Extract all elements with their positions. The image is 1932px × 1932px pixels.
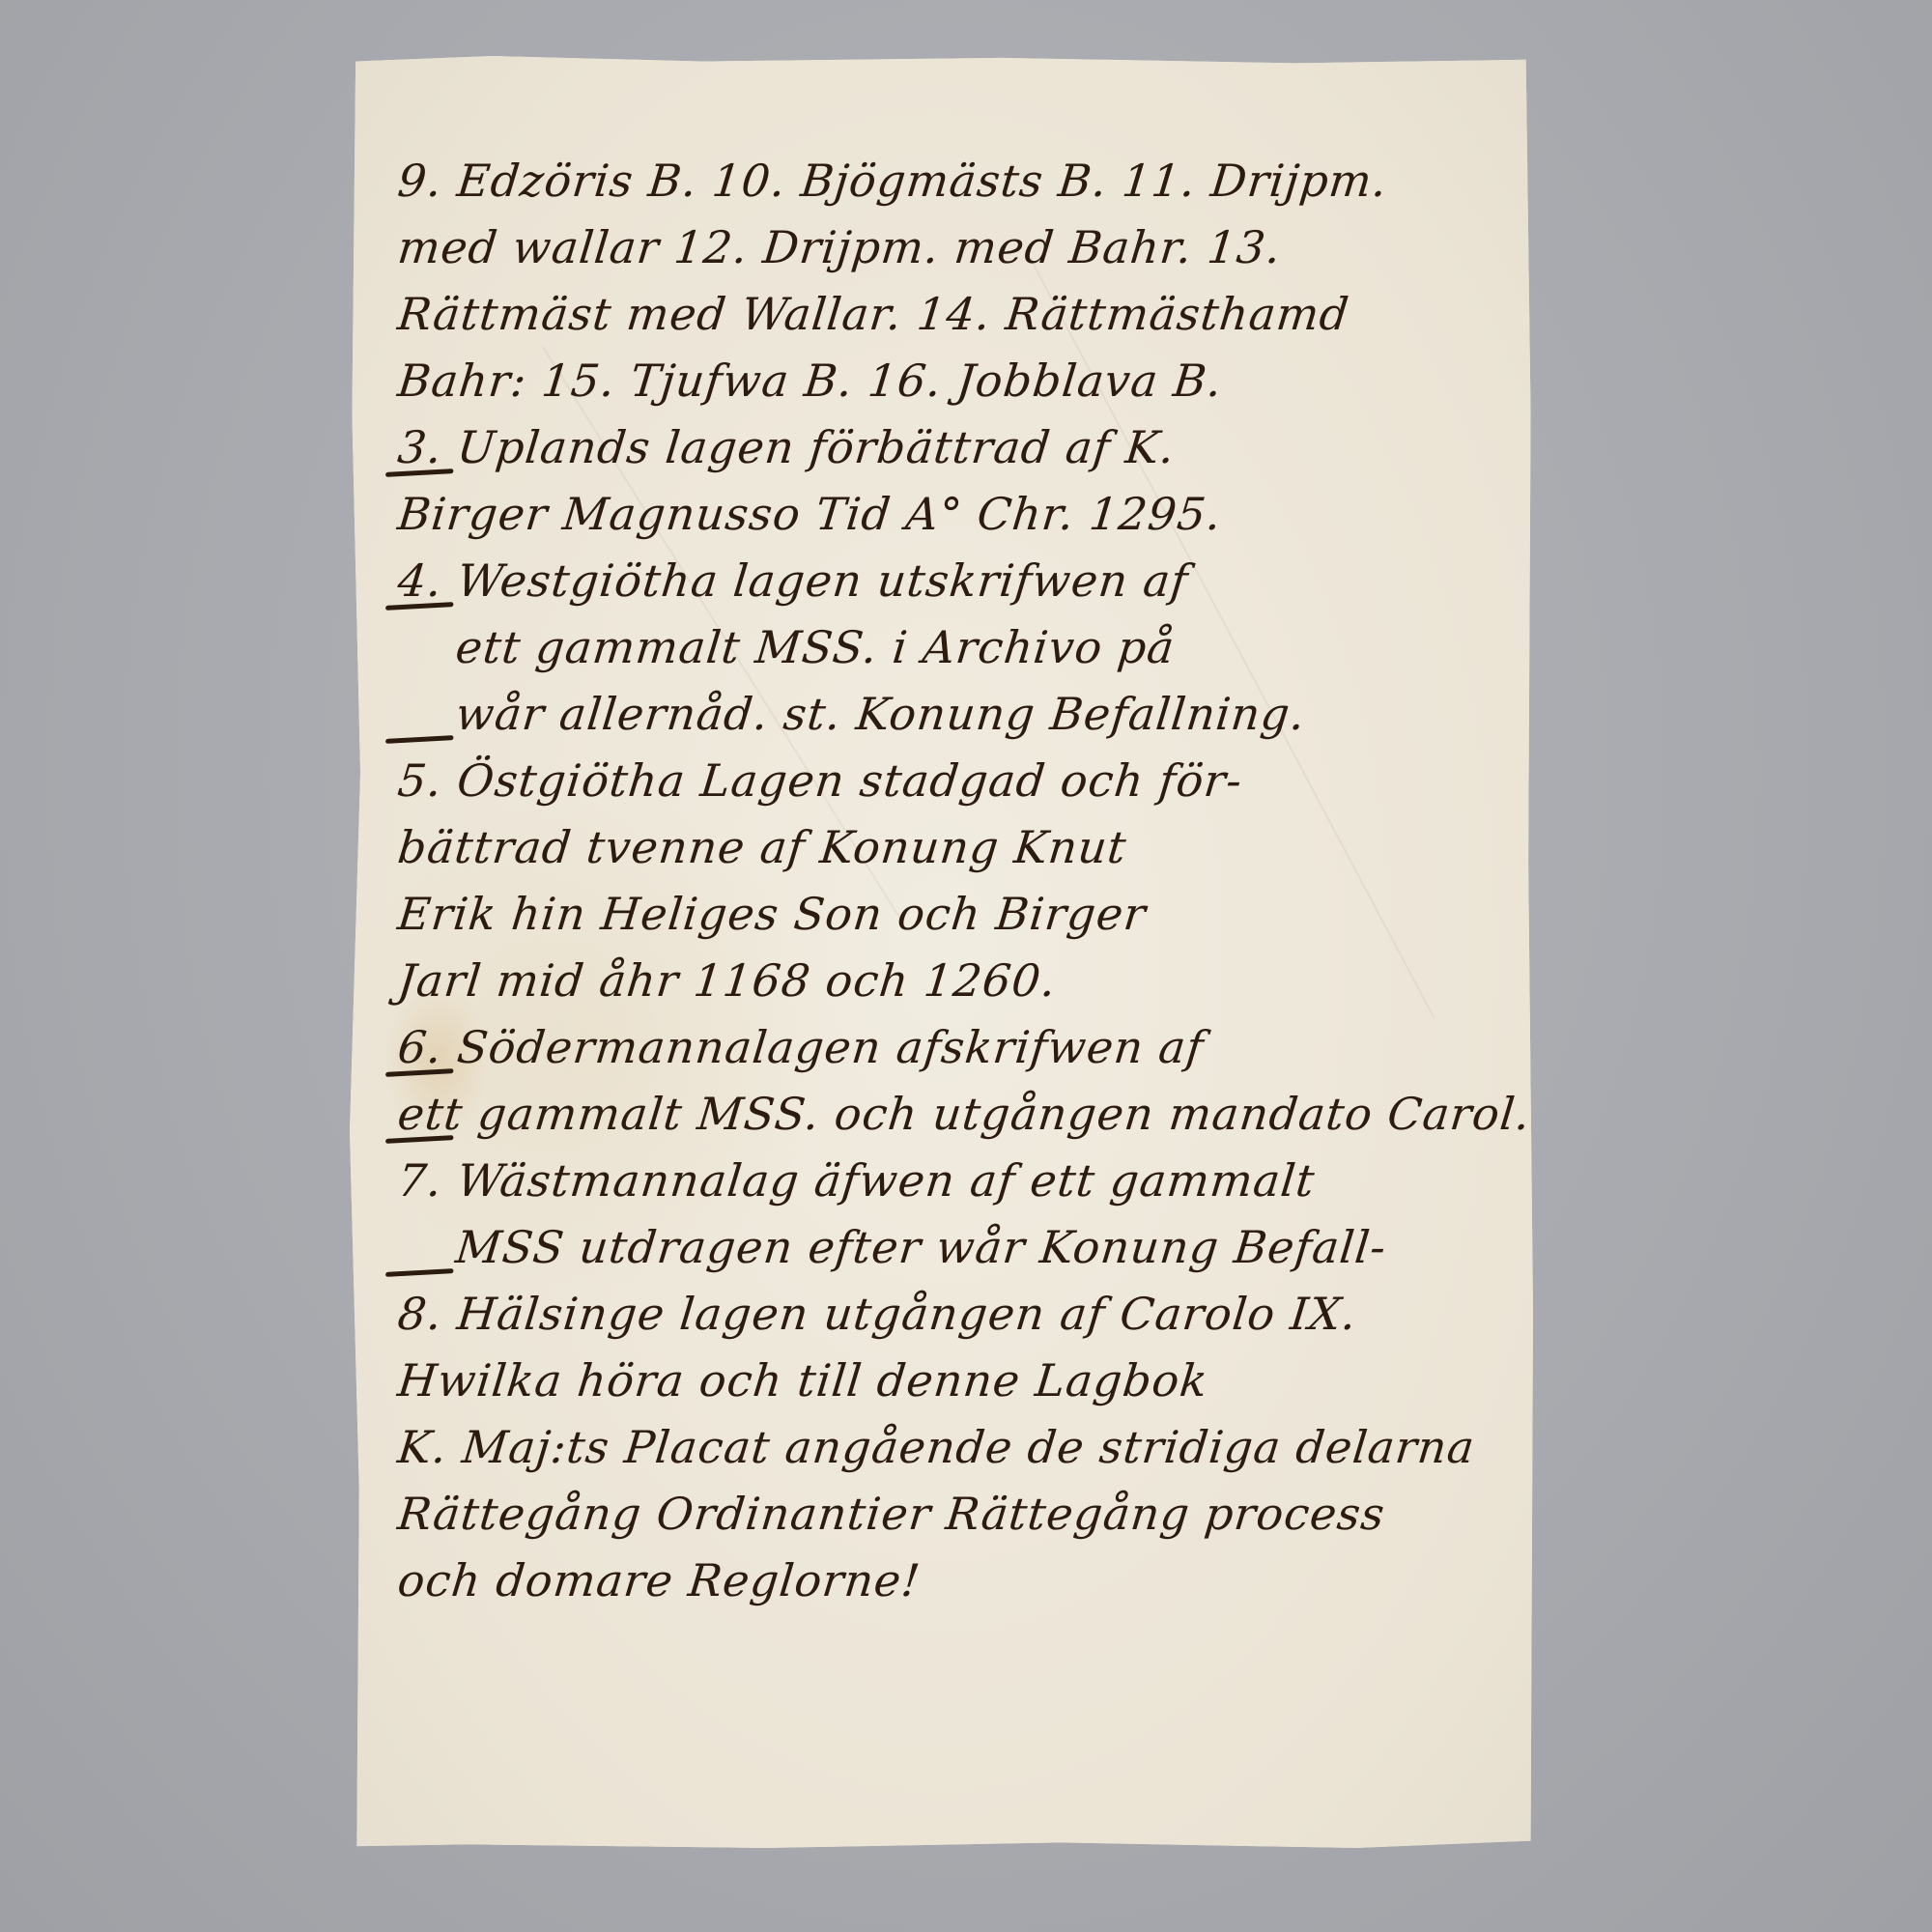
text-line: Hwilka höra och till denne Lagbok xyxy=(394,1348,1502,1414)
text-line: bättrad tvenne af Konung Knut xyxy=(394,814,1502,881)
text-line: Birger Magnusso Tid A° Chr. 1295. xyxy=(394,481,1502,548)
text-line: och domare Reglorne! xyxy=(394,1548,1502,1614)
text-line: Erik hin Heliges Son och Birger xyxy=(394,881,1502,948)
text-line: wår allernåd. st. Konung Befallning. xyxy=(394,681,1502,748)
text-line: K. Maj:ts Placat angående de stridiga de… xyxy=(394,1414,1502,1481)
section-4-heading: 4. Westgiötha lagen utskrifwen af xyxy=(394,548,1502,614)
section-3-heading: 3. Uplands lagen förbättrad af K. xyxy=(394,414,1502,481)
manuscript-page: 9. Edzöris B. 10. Bjögmästs B. 11. Drijp… xyxy=(350,56,1533,1848)
text-line: med wallar 12. Drijpm. med Bahr. 13. xyxy=(394,214,1502,281)
section-7-heading: 7. Wästmannalag äfwen af ett gammalt xyxy=(394,1148,1502,1214)
text-line: Bahr: 15. Tjufwa B. 16. Jobblava B. xyxy=(394,348,1502,414)
section-6-heading: 6. Södermannalagen afskrifwen af xyxy=(394,1014,1502,1081)
text-line: 9. Edzöris B. 10. Bjögmästs B. 11. Drijp… xyxy=(394,148,1502,214)
section-8-heading: 8. Hälsinge lagen utgången af Carolo IX. xyxy=(394,1281,1502,1348)
text-line: Jarl mid åhr 1168 och 1260. xyxy=(394,948,1502,1014)
text-line: ett gammalt MSS. i Archivo på xyxy=(394,614,1502,681)
section-5-heading: 5. Östgiötha Lagen stadgad och för- xyxy=(394,748,1502,814)
text-line: ett gammalt MSS. och utgången mandato Ca… xyxy=(394,1081,1502,1148)
text-line: MSS utdragen efter wår Konung Befall- xyxy=(394,1214,1502,1281)
text-line: Rättmäst med Wallar. 14. Rättmästhamd xyxy=(394,281,1502,348)
text-line: Rättegång Ordinantier Rättegång process xyxy=(394,1481,1502,1548)
handwritten-text: 9. Edzöris B. 10. Bjögmästs B. 11. Drijp… xyxy=(398,148,1499,1614)
